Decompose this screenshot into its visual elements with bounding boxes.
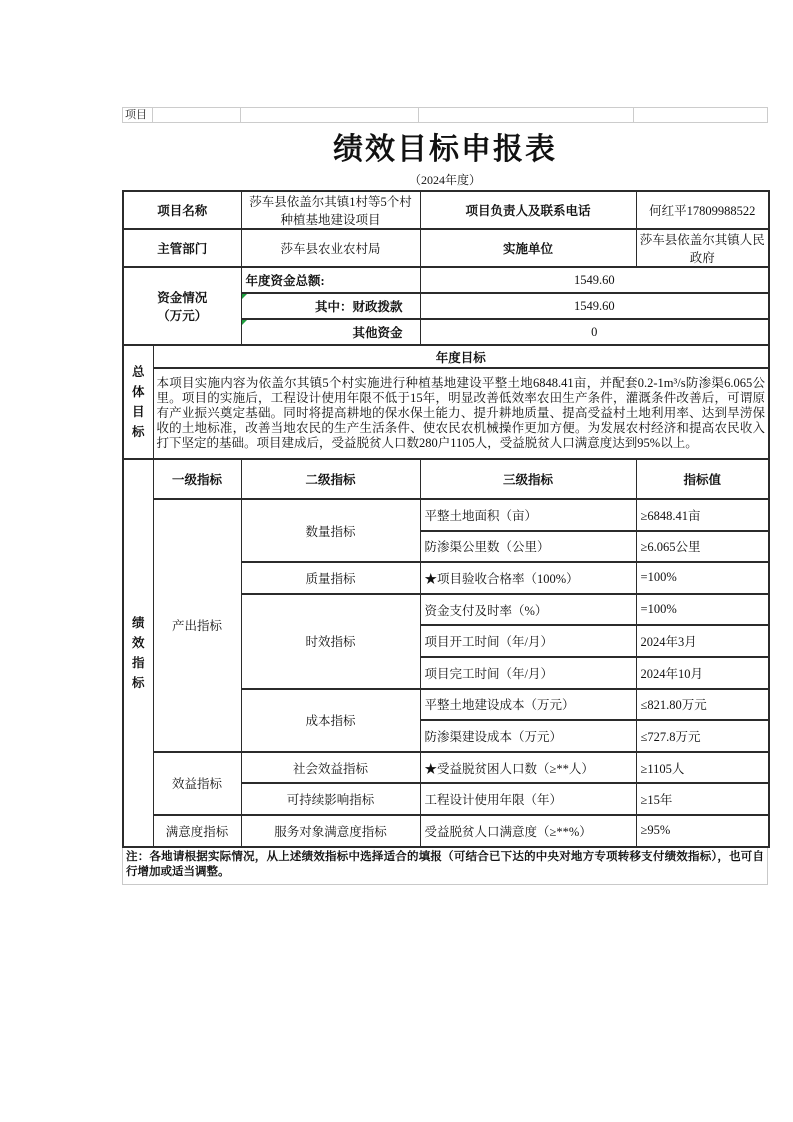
funding-total-value: 1549.60: [420, 267, 769, 293]
sheet-label: 项目: [123, 108, 153, 122]
indicator-value: ≤727.8万元: [636, 720, 769, 752]
project-name-label: 项目名称: [123, 191, 241, 229]
level2-sustainability: 可持续影响指标: [241, 783, 420, 815]
indicator-row: 产出指标 数量指标 平整土地面积（亩） ≥6848.41亩: [123, 499, 769, 531]
indicator-name: 项目开工时间（年/月）: [420, 625, 636, 657]
indicator-value: =100%: [636, 594, 769, 626]
manager-value: 何红平17809988522: [636, 191, 769, 229]
spreadsheet-ghost-row: 项目: [122, 107, 768, 123]
indicator-name: ★项目验收合格率（100%）: [420, 562, 636, 594]
col-header-level1: 一级指标: [153, 459, 241, 499]
ghost-cell: [153, 108, 241, 122]
funding-fiscal-label-text: 其中：财政拨款: [315, 300, 403, 314]
implementer-label: 实施单位: [420, 229, 636, 267]
indicator-value: 2024年10月: [636, 657, 769, 689]
annual-goal-header: 年度目标: [153, 345, 769, 368]
indicator-name: 工程设计使用年限（年）: [420, 783, 636, 815]
indicator-name: 防渗渠公里数（公里）: [420, 531, 636, 563]
implementer-value: 莎车县依盖尔其镇人民政府: [636, 229, 769, 267]
indicator-value: ≤821.80万元: [636, 689, 769, 721]
document-page: 项目 绩效目标申报表 （2024年度） 项目名称 莎车县依盖尔其镇1村等5个村种…: [122, 107, 768, 885]
level2-social-benefit: 社会效益指标: [241, 752, 420, 784]
performance-side-label: 绩 效 指 标: [123, 459, 153, 847]
indicator-name: 项目完工时间（年/月）: [420, 657, 636, 689]
level2-timeliness: 时效指标: [241, 594, 420, 689]
indicator-value: ≥6848.41亩: [636, 499, 769, 531]
funding-row: 资金情况 （万元） 年度资金总额: 1549.60: [123, 267, 769, 293]
level1-satisfaction: 满意度指标: [153, 815, 241, 847]
indicator-header-row: 绩 效 指 标 一级指标 二级指标 三级指标 指标值: [123, 459, 769, 499]
ghost-cell: [634, 108, 767, 122]
indicator-name: 资金支付及时率（%）: [420, 594, 636, 626]
indicator-value: ≥6.065公里: [636, 531, 769, 563]
indicator-value: ≥15年: [636, 783, 769, 815]
footer-note: 注：各地请根据实际情况，从上述绩效指标中选择适合的填报（可结合已下达的中央对地方…: [122, 848, 768, 885]
annual-goal-body: 本项目实施内容为依盖尔其镇5个村实施进行种植基地建设平整土地6848.41亩，并…: [153, 368, 769, 459]
indicator-name: 平整土地建设成本（万元）: [420, 689, 636, 721]
indicator-row: 满意度指标 服务对象满意度指标 受益脱贫人口满意度（≥**%） ≥95%: [123, 815, 769, 847]
department-label: 主管部门: [123, 229, 241, 267]
level2-quality: 质量指标: [241, 562, 420, 594]
level2-cost: 成本指标: [241, 689, 420, 752]
comment-flag-icon: [242, 294, 247, 299]
indicator-value: 2024年3月: [636, 625, 769, 657]
level2-service-satisfaction: 服务对象满意度指标: [241, 815, 420, 847]
form-subtitle: （2024年度）: [122, 168, 768, 190]
ghost-cell: [241, 108, 419, 122]
level2-quantity: 数量指标: [241, 499, 420, 562]
overall-goal-side-label: 总 体 目 标: [123, 345, 153, 459]
indicator-value: ≥95%: [636, 815, 769, 847]
indicator-name: ★受益脱贫困人口数（≥**人）: [420, 752, 636, 784]
col-header-level2: 二级指标: [241, 459, 420, 499]
funding-fiscal-label: 其中：财政拨款: [241, 293, 420, 319]
funding-fiscal-value: 1549.60: [420, 293, 769, 319]
indicator-value: ≥1105人: [636, 752, 769, 784]
funding-other-label-text: 其他资金: [353, 326, 403, 340]
indicator-name: 受益脱贫人口满意度（≥**%）: [420, 815, 636, 847]
department-value: 莎车县农业农村局: [241, 229, 420, 267]
indicator-row: 效益指标 社会效益指标 ★受益脱贫困人口数（≥**人） ≥1105人: [123, 752, 769, 784]
form-title: 绩效目标申报表: [122, 123, 768, 168]
project-name-value: 莎车县依盖尔其镇1村等5个村种植基地建设项目: [241, 191, 420, 229]
funding-other-label: 其他资金: [241, 319, 420, 345]
annual-goal-header-row: 总 体 目 标 年度目标: [123, 345, 769, 368]
indicator-value: =100%: [636, 562, 769, 594]
funding-other-value: 0: [420, 319, 769, 345]
indicator-name: 平整土地面积（亩）: [420, 499, 636, 531]
level1-output: 产出指标: [153, 499, 241, 752]
form-table: 项目名称 莎车县依盖尔其镇1村等5个村种植基地建设项目 项目负责人及联系电话 何…: [122, 190, 770, 848]
info-row: 主管部门 莎车县农业农村局 实施单位 莎车县依盖尔其镇人民政府: [123, 229, 769, 267]
col-header-value: 指标值: [636, 459, 769, 499]
info-row: 项目名称 莎车县依盖尔其镇1村等5个村种植基地建设项目 项目负责人及联系电话 何…: [123, 191, 769, 229]
col-header-level3: 三级指标: [420, 459, 636, 499]
ghost-cell: [419, 108, 634, 122]
funding-section-label: 资金情况 （万元）: [123, 267, 241, 345]
level1-benefit: 效益指标: [153, 752, 241, 815]
manager-label: 项目负责人及联系电话: [420, 191, 636, 229]
funding-total-label: 年度资金总额:: [241, 267, 420, 293]
indicator-name: 防渗渠建设成本（万元）: [420, 720, 636, 752]
annual-goal-body-row: 本项目实施内容为依盖尔其镇5个村实施进行种植基地建设平整土地6848.41亩，并…: [123, 368, 769, 459]
comment-flag-icon: [242, 320, 247, 325]
